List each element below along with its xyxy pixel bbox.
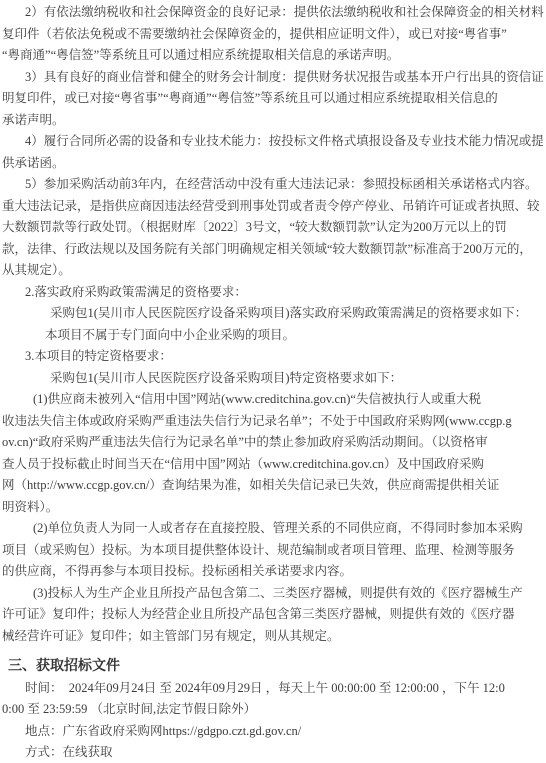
text-line: 2.落实政府采购政策需满足的资格要求： [2, 282, 544, 304]
text-line: 明复印件，或已对接“粤省事”“粤商通”“粤信签”等系统且可以通过相应系统提取相关… [2, 88, 544, 110]
text-line: 供承诺函。 [2, 153, 544, 175]
text-line: ov.cn)“政府采购严重违法失信行为记录名单”中的禁止参加政府采购活动期间。（… [2, 432, 544, 454]
text-line: 的供应商，不得再参与本项目投标。投标函相关承诺要求内容。 [2, 561, 544, 583]
text-line: 许可证》复印件；投标人为经营企业且所投产品包含第三类医疗器械，则提供有效的《医疗… [2, 604, 544, 626]
text-line: 大数额罚款等行政处罚。（根据财库〔2022〕3号文，“较大数额罚款”认定为200… [2, 217, 544, 239]
text-line: 承诺声明。 [2, 110, 544, 132]
text-line: 网（http://www.ccgp.gov.cn/）查询结果为准，如相关失信记录… [2, 475, 544, 497]
section-heading: 三、获取招标文件 [2, 656, 544, 678]
text-line: (1)供应商未被列入“信用中国”网站(www.creditchina.gov.c… [2, 389, 544, 411]
text-line: (3)投标人为生产企业且所投产品包含第二、三类医疗器械，则提供有效的《医疗器械生… [2, 583, 544, 605]
text-line: 0:00 至 23:59:59 （北京时间,法定节假日除外） [2, 699, 544, 721]
text-line: 查人员于投标截止时间当天在“信用中国”网站（www.creditchina.go… [2, 454, 544, 476]
text-line: 械经营许可证》复印件；如主管部门另有规定，则从其规定。 [2, 626, 544, 648]
text-line: 4）履行合同所必需的设备和专业技术能力：按投标文件格式填报设备及专业技术能力情况… [2, 131, 544, 153]
text-line: (2)单位负责人为同一人或者存在直接控股、管理关系的不同供应商，不得同时参加本采… [2, 518, 544, 540]
text-line: 款，法律、行政法规以及国务院有关部门明确规定相关领域“较大数额罚款”标准高于20… [2, 239, 544, 261]
text-line: 复印件（若依法免税或不需要缴纳社会保障资金的，提供相应证明文件），或已对接“粤省… [2, 24, 544, 46]
text-line: 时间： 2024年09月24日 至 2024年09月29日 ，每天上午 00:0… [2, 678, 544, 700]
text-line: 从其规定）。 [2, 260, 544, 282]
text-line: 采购包1(吴川市人民医院医疗设备采购项目)落实政府采购政策需满足的资格要求如下： [2, 303, 544, 325]
text-line: 地点：广东省政府采购网https://gdgpo.czt.gd.gov.cn/ [2, 721, 544, 743]
text-line: 3）具有良好的商业信誉和健全的财务会计制度：提供财务状况报告或基本开户行出具的资… [2, 67, 544, 89]
document-body: 2）有依法缴纳税收和社会保障资金的良好记录：提供依法缴纳税收和社会保障资金的相关… [2, 2, 544, 763]
text-line: 重大违法记录，是指供应商因违法经营受到刑事处罚或者责令停产停业、吊销许可证或者执… [2, 196, 544, 218]
text-line: 方式：在线获取 [2, 742, 544, 763]
text-line: “粤商通”“粤信签”等系统且可以通过相应系统提取相关信息的承诺声明。 [2, 45, 544, 67]
document-page: 2）有依法缴纳税收和社会保障资金的良好记录：提供依法缴纳税收和社会保障资金的相关… [0, 0, 546, 763]
text-line: 2）有依法缴纳税收和社会保障资金的良好记录：提供依法缴纳税收和社会保障资金的相关… [2, 2, 544, 24]
text-line: 项目（或采购包）投标。为本项目提供整体设计、规范编制或者项目管理、监理、检测等服… [2, 540, 544, 562]
text-line: 收违法失信主体或政府采购严重违法失信行为记录名单”；不处于中国政府采购网(www… [2, 411, 544, 433]
text-line: 明资料）。 [2, 497, 544, 519]
text-line: 采购包1(吴川市人民医院医疗设备采购项目)特定资格要求如下： [2, 368, 544, 390]
text-line: 本项目不属于专门面向中小企业采购的项目。 [2, 325, 544, 347]
text-line: 3.本项目的特定资格要求： [2, 346, 544, 368]
text-line: 5）参加采购活动前3年内，在经营活动中没有重大违法记录：参照投标函相关承诺格式内… [2, 174, 544, 196]
